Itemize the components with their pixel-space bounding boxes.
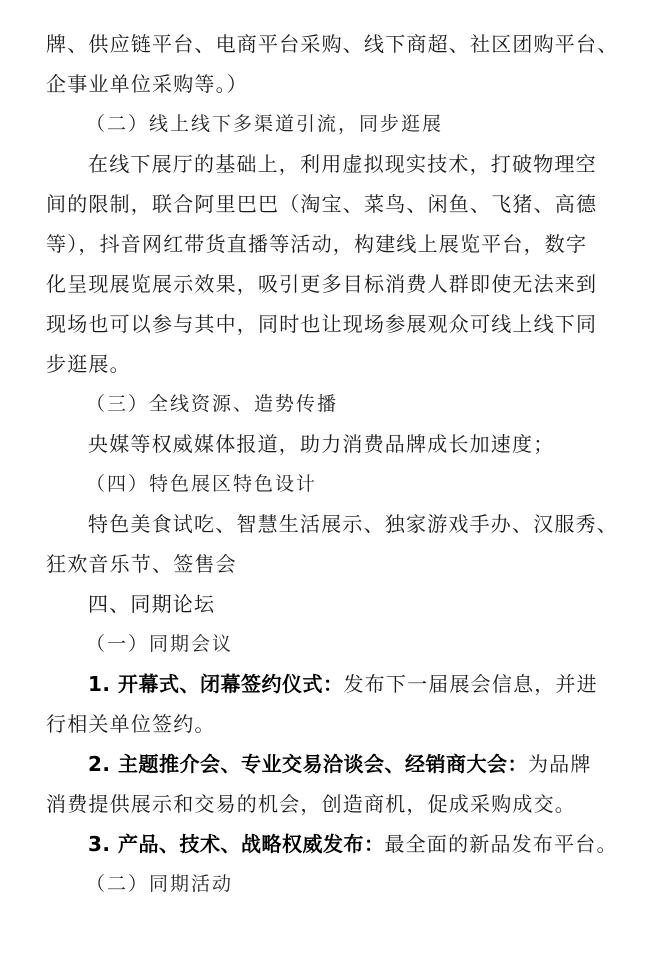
list-item-text: 为品牌 (528, 752, 592, 776)
list-item-title: 2. 主题推介会、专业交易洽谈会、经销商大会： (88, 752, 528, 776)
document-page: 牌、供应链平台、电商平台采购、线下商超、社区团购平台、 企事业单位采购等。） （… (46, 24, 606, 904)
body-text-line: 央媒等权威媒体报道，助力消费品牌成长加速度； (46, 424, 606, 464)
section-heading: （一）同期会议 (46, 624, 606, 664)
body-text-line: 行相关单位签约。 (46, 704, 606, 744)
body-text-line: 化呈现展览展示效果，吸引更多目标消费人群即使无法来到 (46, 264, 606, 304)
body-text-line: 间的限制，联合阿里巴巴（淘宝、菜鸟、闲鱼、飞猪、高德 (46, 184, 606, 224)
list-item-title: 1. 开幕式、闭幕签约仪式： (88, 672, 343, 696)
list-item-text: 发布下一届展会信息，并进 (343, 672, 597, 696)
list-item-title: 3. 产品、技术、战略权威发布： (88, 832, 384, 856)
body-text-line: 步逛展。 (46, 344, 606, 384)
body-text-line: 企事业单位采购等。） (46, 64, 606, 104)
list-item: 3. 产品、技术、战略权威发布：最全面的新品发布平台。 (46, 824, 606, 864)
body-text-line: 在线下展厅的基础上，利用虚拟现实技术，打破物理空 (46, 144, 606, 184)
body-text-line: 消费提供展示和交易的机会，创造商机，促成采购成交。 (46, 784, 606, 824)
body-text-line: 牌、供应链平台、电商平台采购、线下商超、社区团购平台、 (46, 24, 606, 64)
list-item: 1. 开幕式、闭幕签约仪式：发布下一届展会信息，并进 (46, 664, 606, 704)
body-text-line: 等），抖音网红带货直播等活动，构建线上展览平台，数字 (46, 224, 606, 264)
section-heading: （三）全线资源、造势传播 (46, 384, 606, 424)
section-heading: （四）特色展区特色设计 (46, 464, 606, 504)
body-text-line: 特色美食试吃、智慧生活展示、独家游戏手办、汉服秀、 (46, 504, 606, 544)
body-text-line: 现场也可以参与其中，同时也让现场参展观众可线上线下同 (46, 304, 606, 344)
body-text-line: 狂欢音乐节、签售会 (46, 544, 606, 584)
section-heading: （二）同期活动 (46, 864, 606, 904)
section-heading: （二）线上线下多渠道引流，同步逛展 (46, 104, 606, 144)
chapter-heading: 四、同期论坛 (46, 584, 606, 624)
list-item-text: 最全面的新品发布平台。 (384, 832, 617, 856)
list-item: 2. 主题推介会、专业交易洽谈会、经销商大会：为品牌 (46, 744, 606, 784)
